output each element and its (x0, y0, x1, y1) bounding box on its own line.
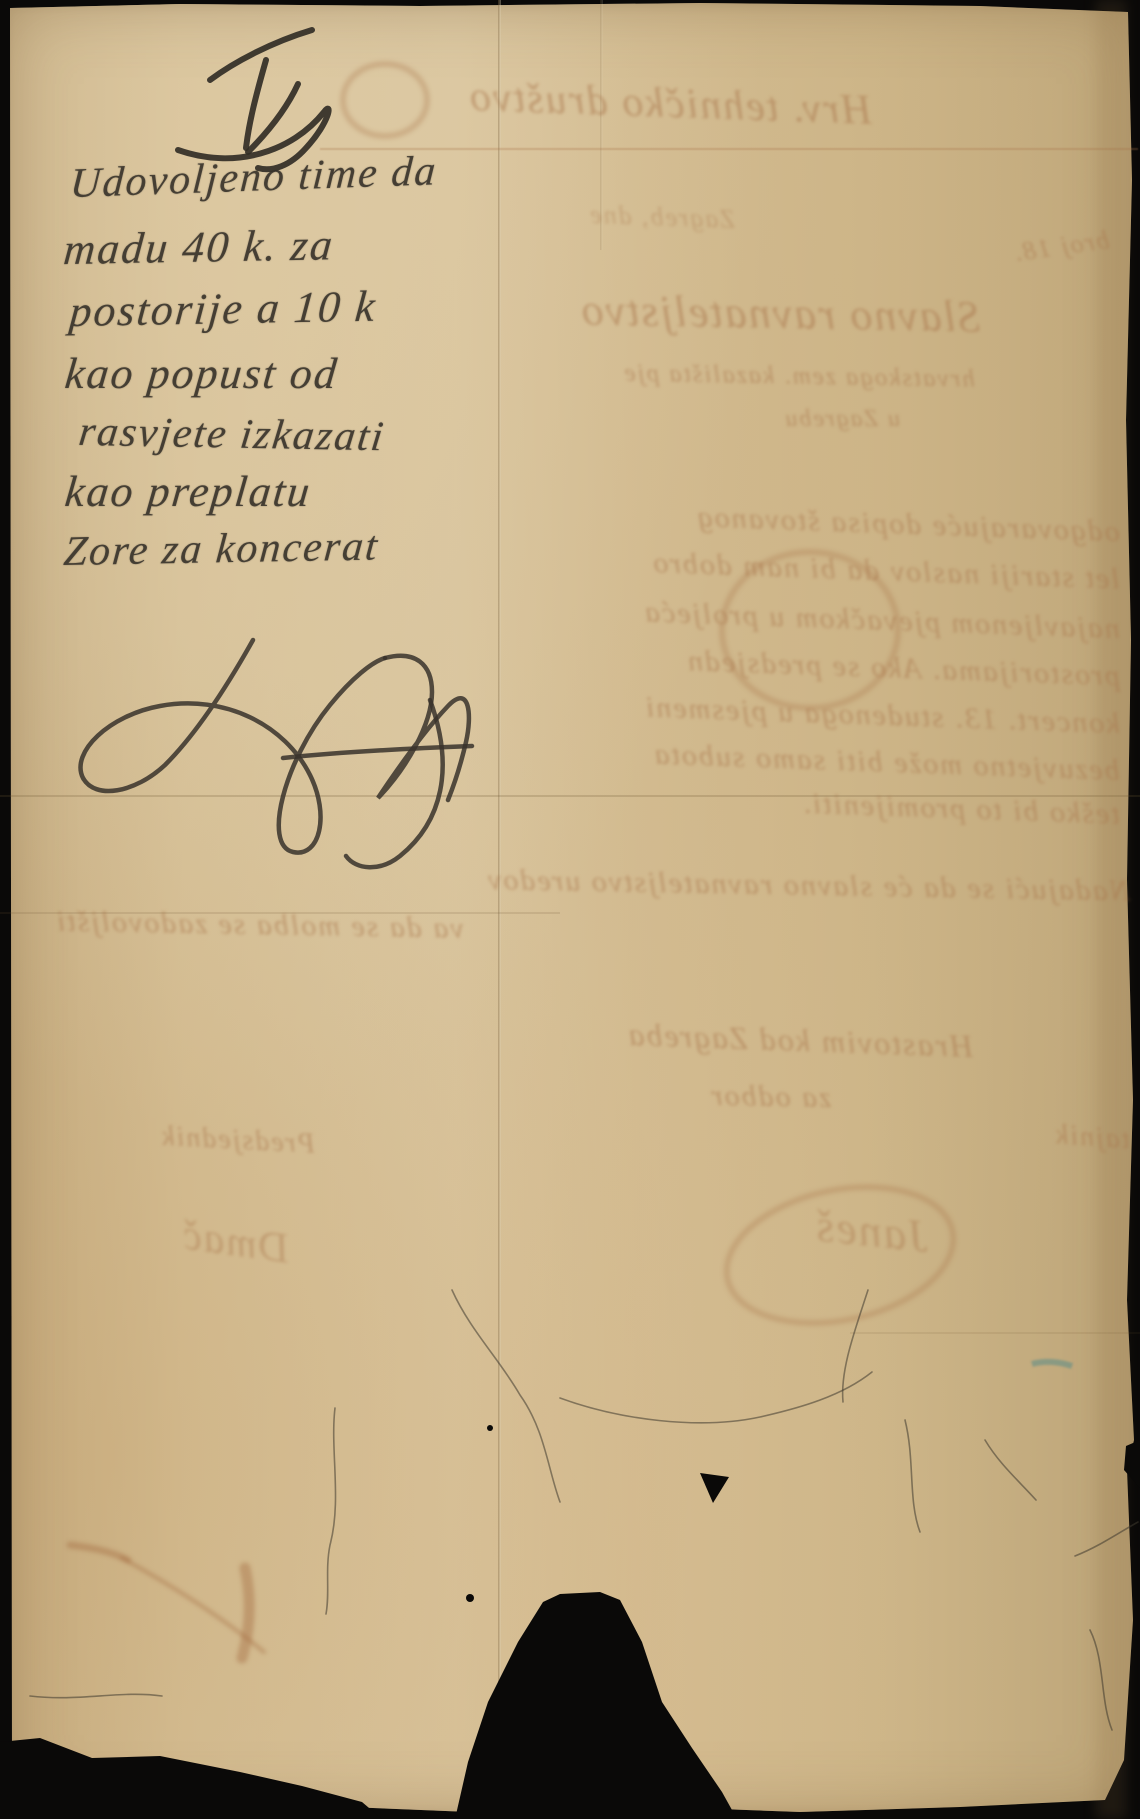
pencil-note-line: kao preplatu (63, 466, 314, 517)
bleedthrough-header-rule (320, 148, 1138, 150)
pencil-note-line: rasvjete izkazati (76, 408, 388, 461)
pencil-note-line: kao popust od (63, 348, 341, 399)
bleedthrough-salutation-large: Slavno ravnateljstvo (540, 284, 1021, 343)
right-edge-shading (1096, 0, 1126, 1819)
pencil-note-line: postorije a 10 k (68, 281, 379, 337)
document-scan: Hrv. tehničko društvo Zagreb, dne broj 1… (0, 0, 1140, 1819)
vertical-fold-crease (498, 0, 501, 1819)
pencil-note-line: Zore za koncerat (62, 523, 381, 577)
bleedthrough-salutation-small2: u Zagrebu (600, 406, 900, 433)
pencil-note-line: madu 40 k. za (62, 219, 337, 275)
